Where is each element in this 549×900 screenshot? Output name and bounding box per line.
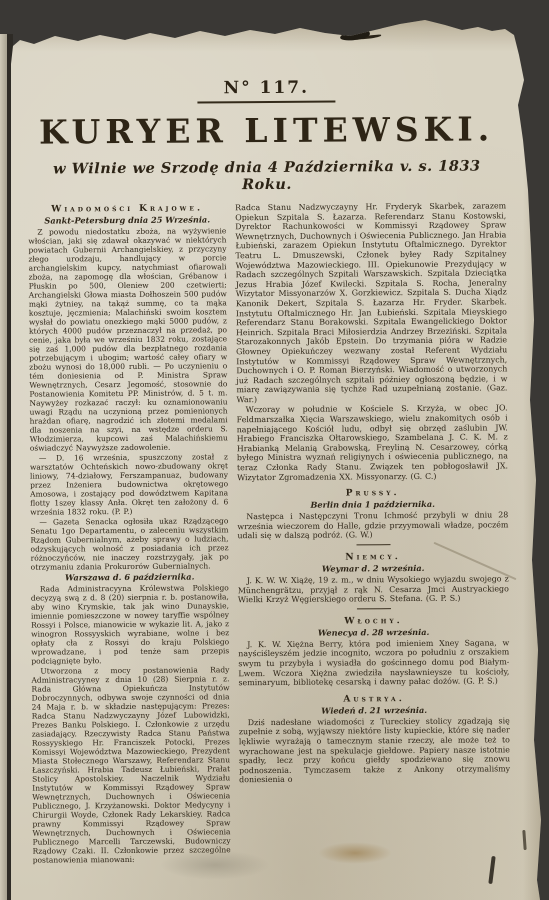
article-dateline: Weymar d. 2 września.: [238, 562, 509, 574]
article-paragraph: Radca Stanu Nadzwyczayny Hr. Fryderyk Sk…: [235, 201, 507, 404]
section-heading: Wiadomości Krajowe.: [28, 203, 226, 214]
issue-number: N° 117.: [27, 76, 505, 99]
article-dateline: Sankt-Petersburg dnia 25 Września.: [28, 214, 226, 225]
scanner-background: { "colors": { "background": "#3a3835", "…: [0, 0, 549, 900]
ink-blot-stain: [340, 29, 371, 41]
column-left: Wiadomości Krajowe.Sankt-Petersburg dnia…: [28, 203, 231, 865]
separator-rule: [356, 544, 390, 545]
column-right: Radca Stanu Nadzwyczayny Hr. Fryderyk Sk…: [235, 201, 510, 786]
section-heading: Włochy.: [238, 615, 509, 627]
masthead-rule: [197, 101, 335, 104]
section-heading: Niemcy.: [238, 551, 509, 563]
article-paragraph: Z powodu niedostatku zboża, na wyżywieni…: [28, 226, 228, 452]
article-paragraph: Wczoray w południe w Kościele S. Krzyża,…: [237, 404, 509, 483]
article-dateline: Berlin dnia 1 października.: [237, 499, 508, 511]
article-paragraph: Utworzona z mocy postanowienia Rady Admi…: [31, 665, 230, 864]
article-dateline: Warszawa d. 6 października.: [31, 571, 229, 582]
page-content: N° 117. KURYER LITEWSKI. w Wilnie we Srz…: [27, 76, 510, 865]
article-paragraph: Dziś nadesłane wiadomości z Tureckiey st…: [239, 716, 510, 785]
article-paragraph: — D. 16 września, spuszczony został z wa…: [30, 452, 228, 516]
article-dateline: Wenecya d. 28 września.: [238, 626, 509, 638]
masthead-dateline: w Wilnie we Srzodę dnia 4 Października v…: [28, 157, 506, 194]
newspaper-page: N° 117. KURYER LITEWSKI. w Wilnie we Srz…: [0, 0, 549, 900]
underlying-page-edge: [0, 34, 7, 900]
section-heading: Prussy.: [237, 488, 508, 500]
section-heading: Austrya.: [239, 693, 510, 705]
article-columns: Wiadomości Krajowe.Sankt-Petersburg dnia…: [28, 201, 511, 865]
newspaper-title: KURYER LITEWSKI.: [27, 109, 505, 151]
article-paragraph: Następca i Następczyni Tronu Ichmość prz…: [237, 511, 508, 542]
article-paragraph: J. K. W. Xiężna Berry, która pod imienie…: [238, 638, 509, 688]
article-paragraph: J. K. W. W. Xiążę, 19 z. m., w dniu Wyso…: [238, 574, 509, 605]
ink-mark: [522, 830, 526, 850]
article-paragraph: Rada Administracyyna Królewstwa Polskieg…: [31, 583, 230, 665]
article-paragraph: — Gazeta Senacka ogłosiła ukaz Rządząceg…: [30, 516, 228, 571]
article-dateline: Wiedeń d. 21 września.: [239, 704, 510, 716]
separator-rule: [356, 608, 390, 609]
